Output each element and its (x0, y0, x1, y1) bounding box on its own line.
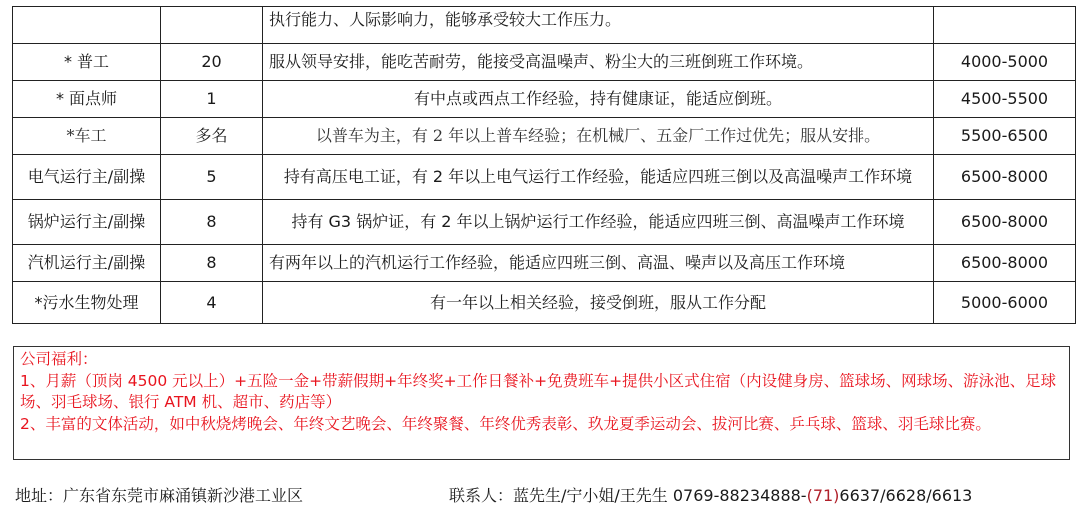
salary-cell: 4000-5000 (934, 44, 1076, 81)
job-title-cell: * 普工 (13, 44, 161, 81)
table-row: * 普工 20 服从领导安排，能吃苦耐劳，能接受高温噪声、粉尘大的三班倒班工作环… (13, 44, 1076, 81)
headcount-cell: 多名 (161, 118, 263, 155)
headcount-cell: 8 (161, 245, 263, 282)
headcount-cell: 5 (161, 155, 263, 200)
salary-cell: 6500-8000 (934, 245, 1076, 282)
contact-info: 联系人：蓝先生/宁小姐/王先生 0769-88234888-(71)6637/6… (449, 483, 972, 506)
headcount-cell (161, 7, 263, 44)
phone-extension-prefix: (71) (807, 486, 840, 505)
requirement-cell: 持有 G3 锅炉证，有 2 年以上锅炉运行工作经验，能适应四班三倒、高温噪声工作… (263, 200, 934, 245)
job-title-cell (13, 7, 161, 44)
benefits-item-salary: 1、月薪（顶岗 4500 元以上）+五险一金+带薪假期+年终奖+工作日餐补+免费… (20, 371, 1063, 414)
job-title-cell: 电气运行主/副操 (13, 155, 161, 200)
headcount-cell: 20 (161, 44, 263, 81)
job-title-cell: * 面点师 (13, 81, 161, 118)
headcount-cell: 1 (161, 81, 263, 118)
salary-cell: 4500-5500 (934, 81, 1076, 118)
table-row: 汽机运行主/副操 8 有两年以上的汽机运行工作经验，能适应四班三倒、高温、噪声以… (13, 245, 1076, 282)
headcount-cell: 8 (161, 200, 263, 245)
headcount-cell: 4 (161, 282, 263, 324)
company-address: 地址：广东省东莞市麻涌镇新沙港工业区 (15, 483, 303, 506)
requirement-cell: 执行能力、人际影响力，能够承受较大工作压力。 (263, 7, 934, 44)
phone-extensions: 6637/6628/6613 (839, 486, 972, 505)
requirement-cell: 服从领导安排，能吃苦耐劳，能接受高温噪声、粉尘大的三班倒班工作环境。 (263, 44, 934, 81)
salary-cell: 5000-6000 (934, 282, 1076, 324)
salary-cell: 6500-8000 (934, 200, 1076, 245)
benefits-box: 公司福利： 1、月薪（顶岗 4500 元以上）+五险一金+带薪假期+年终奖+工作… (13, 346, 1070, 460)
requirement-cell: 有两年以上的汽机运行工作经验，能适应四班三倒、高温、噪声以及高压工作环境 (263, 245, 934, 282)
job-title-cell: 汽机运行主/副操 (13, 245, 161, 282)
table-row: 锅炉运行主/副操 8 持有 G3 锅炉证，有 2 年以上锅炉运行工作经验，能适应… (13, 200, 1076, 245)
table-row: 电气运行主/副操 5 持有高压电工证，有 2 年以上电气运行工作经验，能适应四班… (13, 155, 1076, 200)
salary-cell: 5500-6500 (934, 118, 1076, 155)
jobs-table: 执行能力、人际影响力，能够承受较大工作压力。 * 普工 20 服从领导安排，能吃… (12, 6, 1076, 324)
benefits-item-activities: 2、丰富的文体活动，如中秋烧烤晚会、年终文艺晚会、年终聚餐、年终优秀表彰、玖龙夏… (20, 414, 1063, 436)
table-row: 执行能力、人际影响力，能够承受较大工作压力。 (13, 7, 1076, 44)
job-title-cell: 锅炉运行主/副操 (13, 200, 161, 245)
requirement-cell: 有一年以上相关经验，接受倒班，服从工作分配 (263, 282, 934, 324)
contact-names-phone: 联系人：蓝先生/宁小姐/王先生 0769-88234888- (449, 486, 807, 505)
job-title-cell: *车工 (13, 118, 161, 155)
salary-cell (934, 7, 1076, 44)
benefits-heading: 公司福利： (20, 349, 1063, 371)
requirement-cell: 有中点或西点工作经验，持有健康证，能适应倒班。 (263, 81, 934, 118)
table-row: *车工 多名 以普车为主，有 2 年以上普车经验；在机械厂、五金厂工作过优先；服… (13, 118, 1076, 155)
table-row: * 面点师 1 有中点或西点工作经验，持有健康证，能适应倒班。 4500-550… (13, 81, 1076, 118)
requirement-cell: 以普车为主，有 2 年以上普车经验；在机械厂、五金厂工作过优先；服从安排。 (263, 118, 934, 155)
job-title-cell: *污水生物处理 (13, 282, 161, 324)
table-row: *污水生物处理 4 有一年以上相关经验，接受倒班，服从工作分配 5000-600… (13, 282, 1076, 324)
requirement-cell: 持有高压电工证，有 2 年以上电气运行工作经验，能适应四班三倒以及高温噪声工作环… (263, 155, 934, 200)
salary-cell: 6500-8000 (934, 155, 1076, 200)
